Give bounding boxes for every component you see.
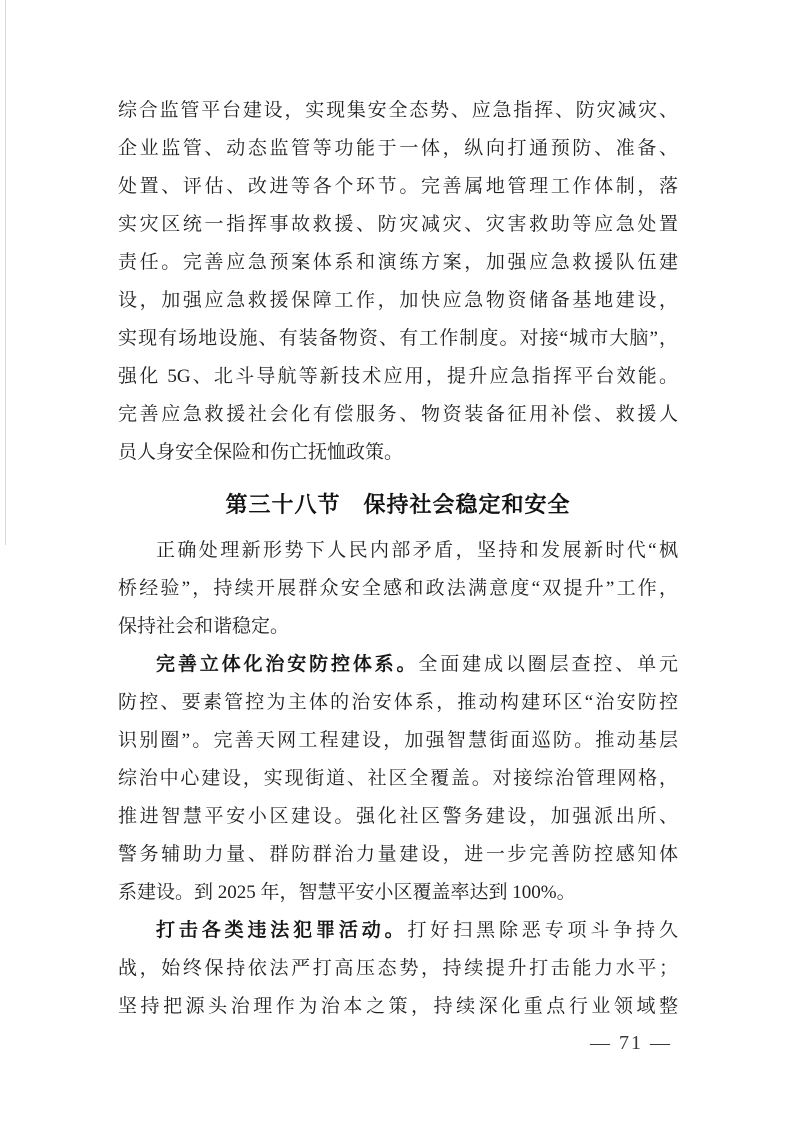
- body-text-line: 实灾区统一指挥事故救援、防灾减灾、灾害救助等应急处置: [118, 206, 678, 244]
- body-text-line: 完善立体化治安防控体系。全面建成以圈层查控、单元: [118, 646, 678, 684]
- body-text-line: 正确处理新形势下人民内部矛盾，坚持和发展新时代“枫: [118, 532, 678, 570]
- body-text-line: 实现有场地设施、有装备物资、有工作制度。对接“城市大脑”，: [118, 320, 678, 358]
- body-text-segment: 全面建成以圈层查控、单元: [418, 654, 678, 675]
- body-text-line: 综合监管平台建设，实现集安全态势、应急指挥、防灾减灾、: [118, 92, 678, 130]
- body-text-line: 强化 5G、北斗导航等新技术应用，提升应急指挥平台效能。: [118, 358, 678, 396]
- page-number: — 71 —: [590, 1028, 672, 1058]
- paragraph-social-stability-intro: 正确处理新形势下人民内部矛盾，坚持和发展新时代“枫 桥经验”，持续开展群众安全感…: [118, 532, 678, 646]
- paragraph-security-prevention-system: 完善立体化治安防控体系。全面建成以圈层查控、单元 防控、要素管控为主体的治安体系…: [118, 646, 678, 912]
- body-text-line: 警务辅助力量、群防群治力量建设，进一步完善防控感知体: [118, 836, 678, 874]
- section-heading: 第三十八节 保持社会稳定和安全: [118, 486, 678, 524]
- body-text-line: 企业监管、动态监管等功能于一体，纵向打通预防、准备、: [118, 130, 678, 168]
- body-text-line: 坚持把源头治理作为治本之策，持续深化重点行业领域整: [118, 988, 678, 1026]
- body-text-line: 处置、评估、改进等各个环节。完善属地管理工作体制，落: [118, 168, 678, 206]
- body-text-line: 综治中心建设，实现街道、社区全覆盖。对接综治管理网格，: [118, 760, 678, 798]
- body-text-line: 设，加强应急救援保障工作，加快应急物资储备基地建设，: [118, 282, 678, 320]
- body-text-line: 打击各类违法犯罪活动。打好扫黑除恶专项斗争持久: [118, 912, 678, 950]
- body-text-line: 识别圈”。完善天网工程建设，加强智慧街面巡防。推动基层: [118, 722, 678, 760]
- body-text-line: 完善应急救援社会化有偿服务、物资装备征用补偿、救援人: [118, 396, 678, 434]
- body-text-line: 员人身安全保险和伤亡抚恤政策。: [118, 434, 678, 472]
- document-text-column: 综合监管平台建设，实现集安全态势、应急指挥、防灾减灾、 企业监管、动态监管等功能…: [118, 92, 678, 1026]
- body-text-line: 防控、要素管控为主体的治安体系，推动构建环区“治安防控: [118, 684, 678, 722]
- body-text-line: 系建设。到 2025 年，智慧平安小区覆盖率达到 100%。: [118, 874, 678, 912]
- body-text-line: 桥经验”，持续开展群众安全感和政法满意度“双提升”工作，: [118, 570, 678, 608]
- paragraph-lead-bold: 打击各类违法犯罪活动。: [156, 920, 408, 941]
- paragraph-lead-bold: 完善立体化治安防控体系。: [156, 654, 418, 675]
- paragraph-crack-down-crime: 打击各类违法犯罪活动。打好扫黑除恶专项斗争持久 战，始终保持依法严打高压态势，持…: [118, 912, 678, 1026]
- body-text-line: 保持社会和谐稳定。: [118, 608, 678, 646]
- scanned-document-page: { "content": { "para1": { "lines": [ "综合…: [0, 0, 793, 1121]
- body-text-line: 责任。完善应急预案体系和演练方案，加强应急救援队伍建: [118, 244, 678, 282]
- body-text-line: 战，始终保持依法严打高压态势，持续提升打击能力水平；: [118, 950, 678, 988]
- paragraph-emergency-management: 综合监管平台建设，实现集安全态势、应急指挥、防灾减灾、 企业监管、动态监管等功能…: [118, 92, 678, 472]
- scan-edge-line: [5, 0, 6, 545]
- body-text-segment: 打好扫黑除恶专项斗争持久: [408, 920, 679, 941]
- body-text-line: 推进智慧平安小区建设。强化社区警务建设，加强派出所、: [118, 798, 678, 836]
